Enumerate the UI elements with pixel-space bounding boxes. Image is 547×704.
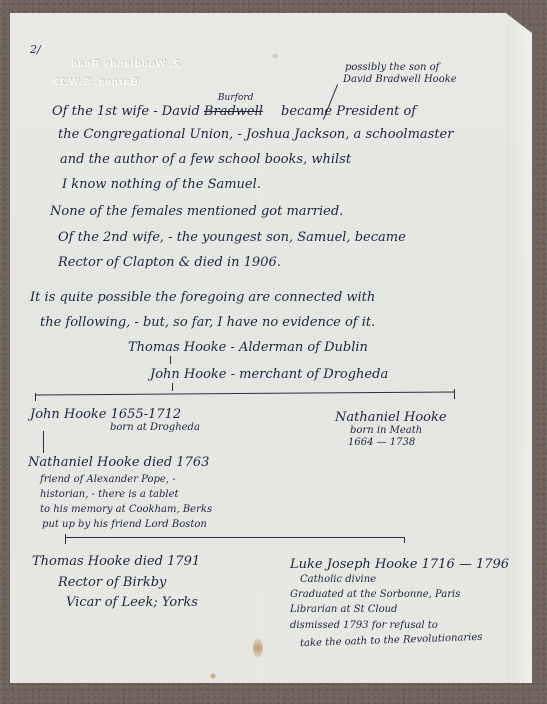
paragraph4-line2: the following, - but, so far, I have no … (40, 316, 375, 329)
grandchild-line5: put up by his friend Lord Boston (42, 520, 207, 530)
grandchild-line4: to his memory at Cookham, Berks (40, 505, 212, 515)
great-right-line2: Catholic divine (300, 575, 376, 585)
grandchild-line3: historian, - there is a tablet (40, 490, 179, 500)
branch-left-name: John Hooke 1655-1712 (30, 408, 181, 421)
inserted-word: Burford (218, 94, 254, 103)
tree-connector (43, 431, 44, 453)
tree-connector (65, 534, 66, 544)
paragraph1-line1-suffix: became President of (281, 104, 416, 119)
stain-mark (253, 638, 263, 658)
tree-root: Thomas Hooke - Alderman of Dublin (128, 341, 368, 354)
paragraph1-line3: and the author of a few school books, wh… (60, 153, 351, 166)
great-right-line1: Luke Joseph Hooke 1716 — 1796 (290, 558, 509, 571)
great-left-line2: Rector of Birkby (58, 576, 166, 589)
tree-connector (404, 537, 405, 543)
marginal-note-line2: David Bradwell Hooke (343, 75, 457, 85)
name-correction: Bradwell Burford (204, 104, 267, 119)
branch-right-dates: 1664 — 1738 (348, 438, 415, 448)
tree-sibling-bar (35, 392, 455, 396)
tree-connector (35, 393, 36, 401)
paragraph2-line1: None of the females mentioned got marrie… (50, 205, 343, 218)
tree-connector (454, 389, 455, 399)
paragraph1-line1-prefix: Of the 1st wife - David (52, 104, 200, 119)
great-right-line5: dismissed 1793 for refusal to (290, 621, 438, 631)
great-right-line3: Graduated at the Sorbonne, Paris (290, 590, 460, 600)
tree-child: John Hooke - merchant of Drogheda (150, 368, 388, 381)
grandchild-line2: friend of Alexander Pope, - (40, 475, 176, 485)
great-right-line4: Librarian at St Cloud (290, 605, 397, 615)
page-marker: 2/ (30, 43, 41, 56)
paragraph4-line1: It is quite possible the foregoing are c… (30, 291, 375, 304)
great-left-line3: Vicar of Leek; Yorks (66, 596, 198, 609)
folded-corner (506, 13, 532, 683)
branch-right-name: Nathaniel Hooke (335, 411, 447, 424)
letterhead-address-line1: 2, Woodlands Road (70, 59, 180, 70)
great-left-line1: Thomas Hooke died 1791 (32, 555, 200, 568)
paragraph3-line2: Rector of Clapton & died in 1906. (58, 256, 281, 269)
paragraph1-line4: I know nothing of the Samuel. (62, 178, 261, 191)
stain-mark (272, 53, 278, 59)
letter-page: 2/ 2, Woodlands Road Barnes, S.W.13 poss… (10, 13, 532, 683)
great-right-line6: take the oath to the Revolutionaries (300, 633, 483, 649)
stain-mark (210, 673, 216, 679)
tree-connector (172, 383, 173, 391)
paragraph1-line1: Of the 1st wife - David Bradwell Burford… (52, 105, 416, 118)
paragraph3-line1: Of the 2nd wife, - the youngest son, Sam… (58, 231, 406, 244)
struck-word: Bradwell (204, 104, 263, 119)
letterhead-address-line2: Barnes, S.W.13 (52, 77, 138, 88)
branch-right-note: born in Meath (350, 426, 422, 436)
tree-connector (170, 356, 171, 364)
marginal-note-line1: possibly the son of (345, 63, 439, 73)
paragraph1-line2: the Congregational Union, - Joshua Jacks… (58, 128, 453, 141)
tree-sibling-bar-2 (65, 537, 405, 538)
grandchild-line1: Nathaniel Hooke died 1763 (28, 456, 209, 469)
branch-left-note: born at Drogheda (110, 423, 200, 433)
